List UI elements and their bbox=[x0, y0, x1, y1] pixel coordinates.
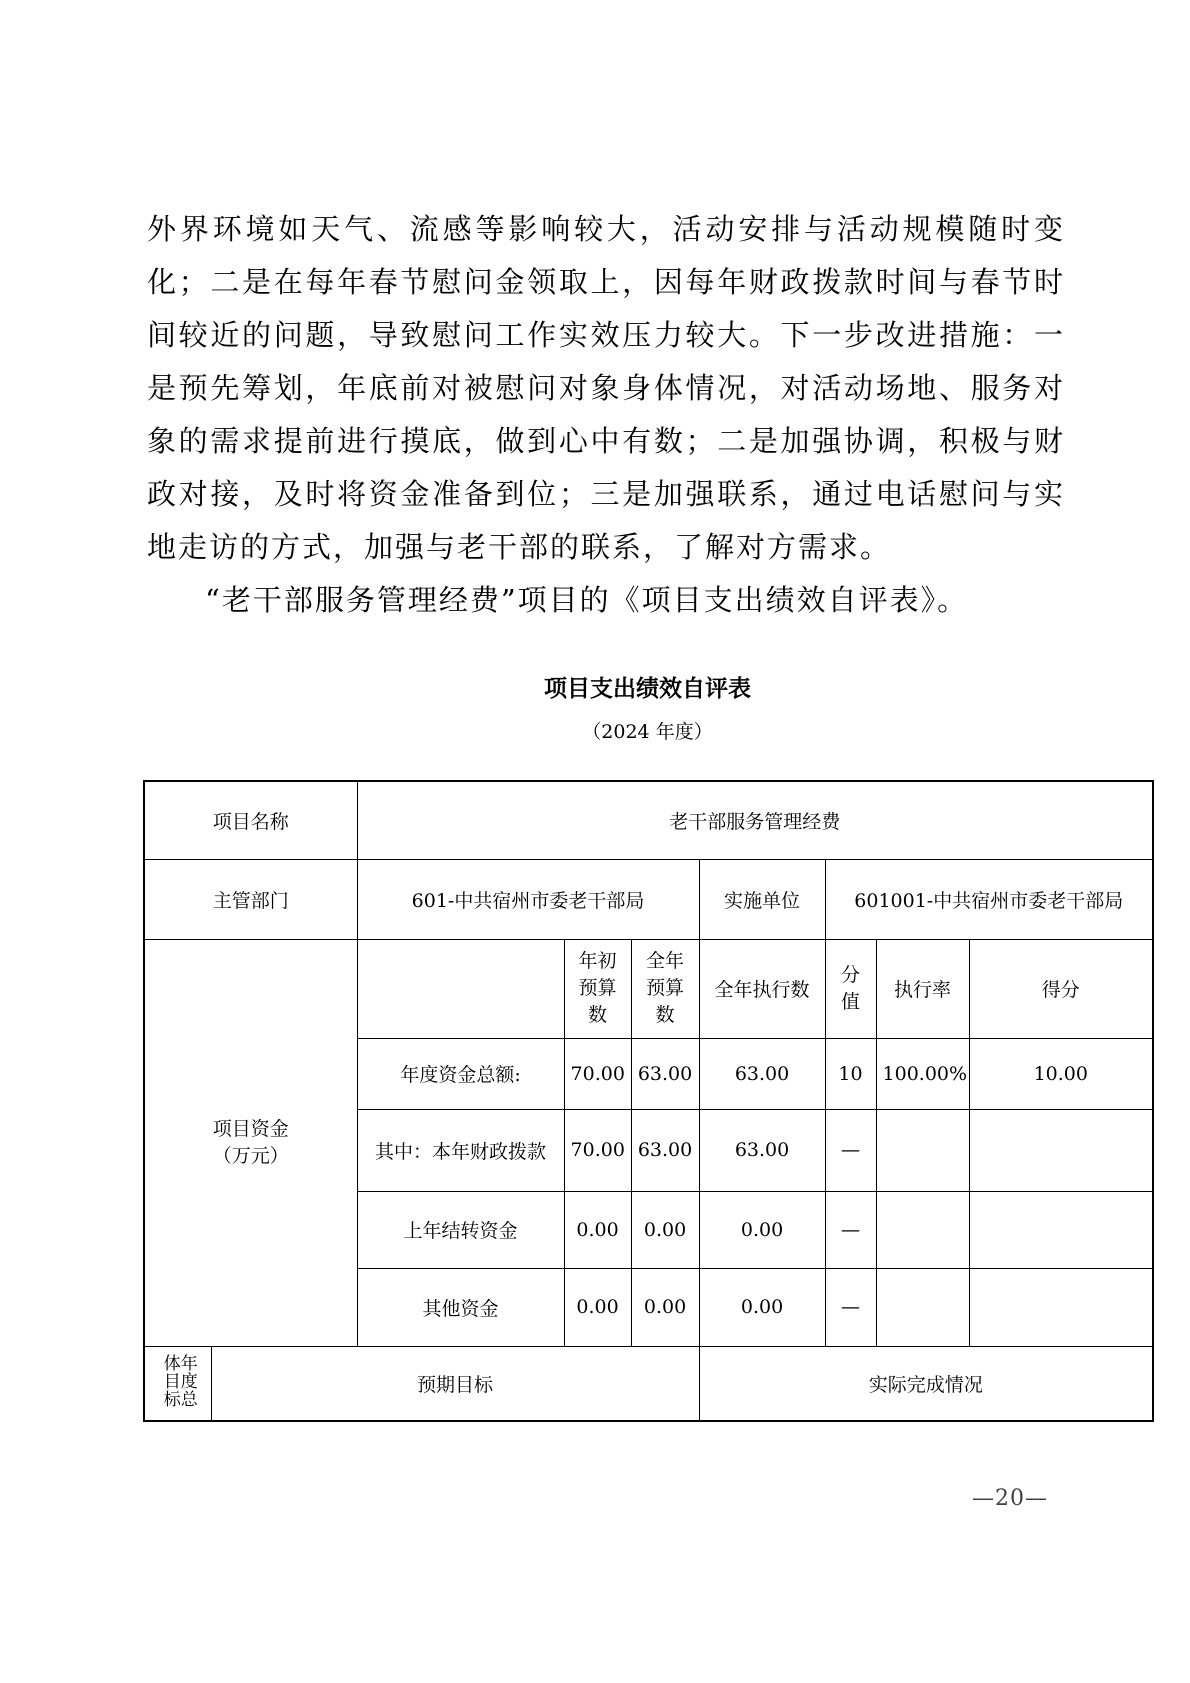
header-score: 得分 bbox=[969, 939, 1153, 1038]
cell-weight: — bbox=[825, 1109, 876, 1191]
row-label: 其中：本年财政拨款 bbox=[357, 1109, 564, 1191]
cell-score bbox=[969, 1191, 1153, 1268]
project-name-label: 项目名称 bbox=[144, 781, 357, 859]
expected-goal-header: 预期目标 bbox=[211, 1346, 699, 1421]
actual-completion-header: 实际完成情况 bbox=[699, 1346, 1153, 1421]
cell-executed: 63.00 bbox=[699, 1109, 825, 1191]
cell-annual: 63.00 bbox=[631, 1109, 699, 1191]
dept-label: 主管部门 bbox=[144, 859, 357, 939]
header-execution-rate: 执行率 bbox=[876, 939, 969, 1038]
project-name-value: 老干部服务管理经费 bbox=[357, 781, 1153, 859]
table-row: 年度总体目标 预期目标 实际完成情况 bbox=[144, 1346, 1153, 1421]
dept-value: 601-中共宿州市委老干部局 bbox=[357, 859, 699, 939]
impl-unit-value: 601001-中共宿州市委老干部局 bbox=[825, 859, 1153, 939]
cell-executed: 63.00 bbox=[699, 1038, 825, 1109]
header-initial-budget: 年初 预算 数 bbox=[564, 939, 631, 1038]
empty-cell bbox=[357, 939, 564, 1038]
row-label: 上年结转资金 bbox=[357, 1191, 564, 1268]
cell-weight: 10 bbox=[825, 1038, 876, 1109]
cell-weight: — bbox=[825, 1191, 876, 1268]
header-annual-executed: 全年执行数 bbox=[699, 939, 825, 1038]
cell-rate: 100.00% bbox=[876, 1038, 969, 1109]
table-title: 项目支出绩效自评表 bbox=[143, 674, 1152, 704]
paragraph-continuation: 外界环境如天气、流感等影响较大，活动安排与活动规模随时变化；二是在每年春节慰问金… bbox=[147, 203, 1065, 574]
cell-executed: 0.00 bbox=[699, 1268, 825, 1346]
cell-weight: — bbox=[825, 1268, 876, 1346]
cell-score: 10.00 bbox=[969, 1038, 1153, 1109]
paragraph-intro-table: “老干部服务管理经费”项目的《项目支出绩效自评表》。 bbox=[147, 574, 1065, 627]
cell-executed: 0.00 bbox=[699, 1191, 825, 1268]
cell-rate bbox=[876, 1109, 969, 1191]
table-subtitle: （2024 年度） bbox=[143, 720, 1152, 744]
header-weight: 分 值 bbox=[825, 939, 876, 1038]
cell-initial: 70.00 bbox=[564, 1038, 631, 1109]
document-page: 外界环境如天气、流感等影响较大，活动安排与活动规模随时变化；二是在每年春节慰问金… bbox=[0, 0, 1190, 1683]
table-header-row: 项目资金 （万元） 年初 预算 数 全年 预算 数 全年执行数 分 值 执行率 … bbox=[144, 939, 1153, 1038]
cell-score bbox=[969, 1109, 1153, 1191]
annual-goal-label: 年度总体目标 bbox=[161, 1352, 195, 1410]
cell-annual: 63.00 bbox=[631, 1038, 699, 1109]
cell-rate bbox=[876, 1268, 969, 1346]
cell-rate bbox=[876, 1191, 969, 1268]
annual-goal-label-cell: 年度总体目标 bbox=[144, 1346, 211, 1421]
cell-initial: 70.00 bbox=[564, 1109, 631, 1191]
row-label: 年度资金总额: bbox=[357, 1038, 564, 1109]
cell-score bbox=[969, 1268, 1153, 1346]
project-funds-label: 项目资金 （万元） bbox=[144, 939, 357, 1346]
page-number: —20— bbox=[960, 1486, 1060, 1511]
table-row: 项目名称 老干部服务管理经费 bbox=[144, 781, 1153, 859]
row-label: 其他资金 bbox=[357, 1268, 564, 1346]
impl-unit-label: 实施单位 bbox=[699, 859, 825, 939]
body-text: 外界环境如天气、流感等影响较大，活动安排与活动规模随时变化；二是在每年春节慰问金… bbox=[147, 203, 1065, 627]
table-row: 主管部门 601-中共宿州市委老干部局 实施单位 601001-中共宿州市委老干… bbox=[144, 859, 1153, 939]
cell-annual: 0.00 bbox=[631, 1268, 699, 1346]
cell-initial: 0.00 bbox=[564, 1191, 631, 1268]
header-annual-budget: 全年 预算 数 bbox=[631, 939, 699, 1038]
self-evaluation-table: 项目名称 老干部服务管理经费 主管部门 601-中共宿州市委老干部局 实施单位 … bbox=[143, 780, 1154, 1422]
cell-annual: 0.00 bbox=[631, 1191, 699, 1268]
cell-initial: 0.00 bbox=[564, 1268, 631, 1346]
